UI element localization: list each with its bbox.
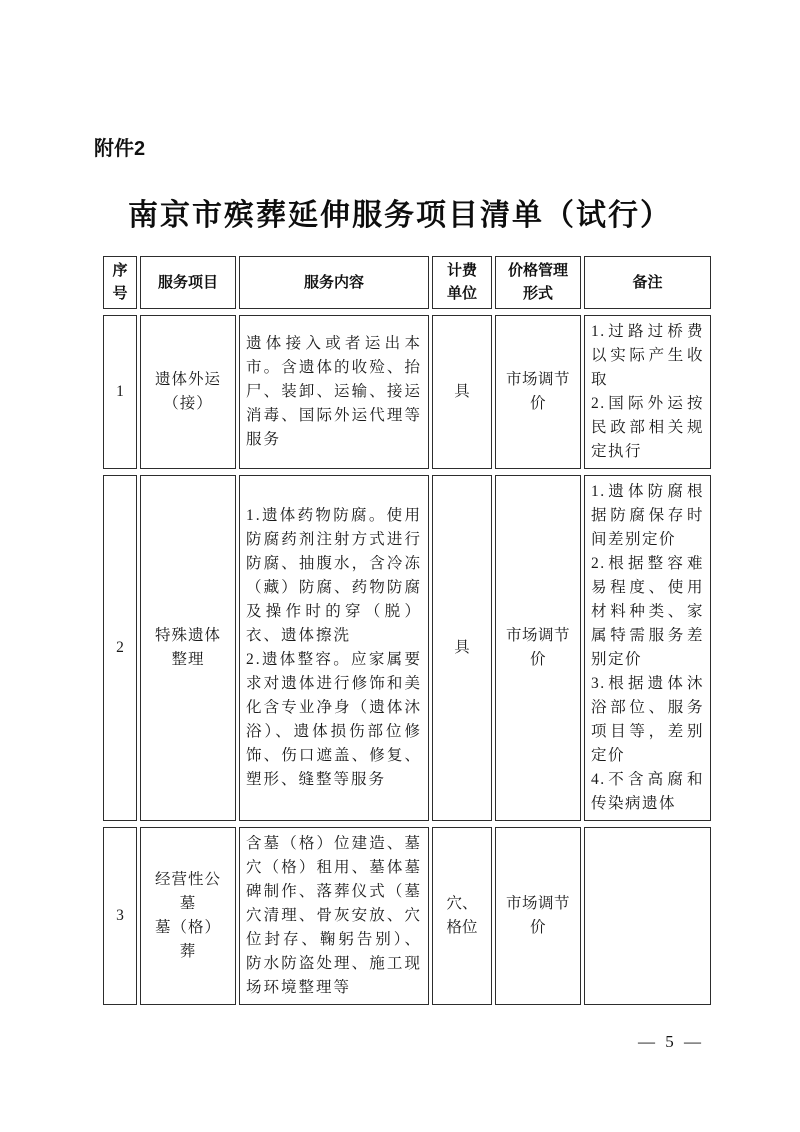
service-item: 经营性公墓 墓（格）葬 bbox=[140, 827, 236, 1005]
billing-unit: 具 bbox=[432, 475, 492, 821]
col-header-billing-unit: 计费 单位 bbox=[432, 256, 492, 309]
service-content: 1.遗体药物防腐。使用防腐药剂注射方式进行防腐、抽腹水，含冷冻（藏）防腐、药物防… bbox=[239, 475, 429, 821]
document-page: 附件2 南京市殡葬延伸服务项目清单（试行） 序 号 服务项目 服务内容 计费 单… bbox=[0, 0, 800, 1132]
table-row: 3 经营性公墓 墓（格）葬 含墓（格）位建造、墓穴（格）租用、墓体墓碑制作、落葬… bbox=[103, 827, 711, 1005]
page-number: — 5 — bbox=[638, 1032, 704, 1052]
table-row: 2 特殊遗体 整理 1.遗体药物防腐。使用防腐药剂注射方式进行防腐、抽腹水，含冷… bbox=[103, 475, 711, 821]
table-header-row: 序 号 服务项目 服务内容 计费 单位 价格管理 形式 备注 bbox=[103, 256, 711, 309]
price-management: 市场调节价 bbox=[495, 827, 581, 1005]
document-title: 南京市殡葬延伸服务项目清单（试行） bbox=[0, 190, 800, 234]
col-header-no: 序 号 bbox=[103, 256, 137, 309]
service-content: 含墓（格）位建造、墓穴（格）租用、墓体墓碑制作、落葬仪式（墓穴清理、骨灰安放、穴… bbox=[239, 827, 429, 1005]
price-management: 市场调节价 bbox=[495, 315, 581, 469]
remarks bbox=[584, 827, 711, 1005]
col-header-remarks: 备注 bbox=[584, 256, 711, 309]
col-header-price-management: 价格管理 形式 bbox=[495, 256, 581, 309]
remarks: 1.过路过桥费以实际产生收取 2.国际外运按民政部相关规定执行 bbox=[584, 315, 711, 469]
table-row: 1 遗体外运 （接） 遗体接入或者运出本市。含遗体的收殓、抬尸、装卸、运输、接运… bbox=[103, 315, 711, 469]
service-content: 遗体接入或者运出本市。含遗体的收殓、抬尸、装卸、运输、接运消毒、国际外运代理等服… bbox=[239, 315, 429, 469]
col-header-service-content: 服务内容 bbox=[239, 256, 429, 309]
service-item: 特殊遗体 整理 bbox=[140, 475, 236, 821]
billing-unit: 具 bbox=[432, 315, 492, 469]
price-management: 市场调节价 bbox=[495, 475, 581, 821]
service-item: 遗体外运 （接） bbox=[140, 315, 236, 469]
remarks: 1.遗体防腐根据防腐保存时间差别定价 2.根据整容难易程度、使用材料种类、家属特… bbox=[584, 475, 711, 821]
row-number: 2 bbox=[103, 475, 137, 821]
attachment-label: 附件2 bbox=[94, 132, 145, 161]
row-number: 1 bbox=[103, 315, 137, 469]
col-header-service-item: 服务项目 bbox=[140, 256, 236, 309]
services-table: 序 号 服务项目 服务内容 计费 单位 价格管理 形式 备注 1 遗体外运 （接… bbox=[100, 250, 714, 1011]
billing-unit: 穴、 格位 bbox=[432, 827, 492, 1005]
row-number: 3 bbox=[103, 827, 137, 1005]
